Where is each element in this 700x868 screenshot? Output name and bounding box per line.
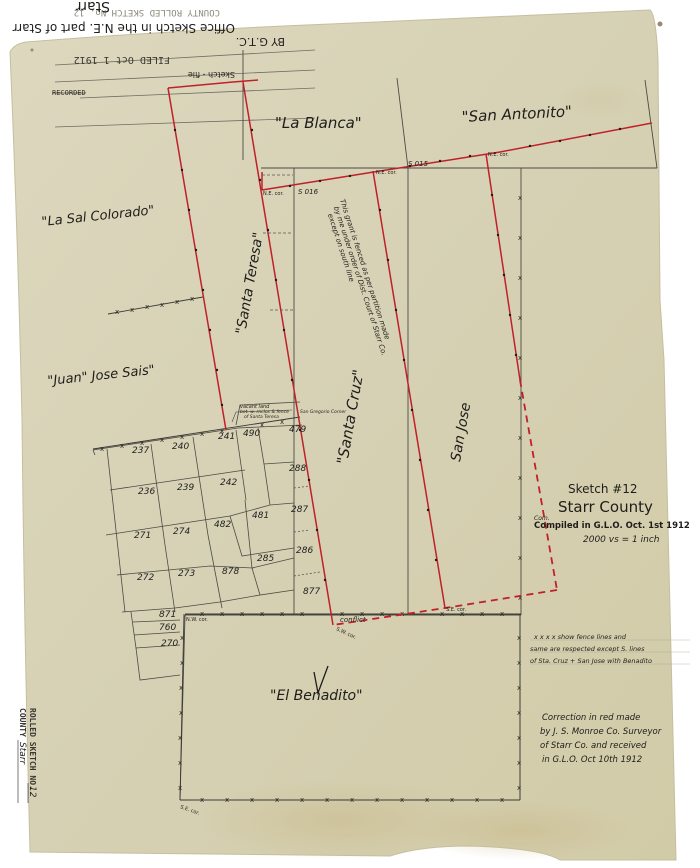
- svg-text:x: x: [400, 796, 404, 804]
- svg-text:S 016: S 016: [298, 188, 319, 196]
- svg-text:x: x: [517, 634, 521, 642]
- survey-number: 288: [289, 464, 306, 474]
- svg-text:x: x: [517, 784, 521, 792]
- survey-number: 237: [132, 446, 149, 456]
- svg-text:x: x: [518, 274, 522, 282]
- svg-text:x: x: [120, 442, 124, 450]
- svg-text:x: x: [450, 796, 454, 804]
- svg-text:in G.L.O. Oct 10th 1912: in G.L.O. Oct 10th 1912: [542, 755, 642, 765]
- survey-number: 481: [252, 511, 269, 521]
- svg-text:x: x: [518, 234, 522, 242]
- svg-text:N.E. cor.: N.E. cor.: [488, 152, 509, 158]
- svg-text:N.E. cor.: N.E. cor.: [263, 191, 284, 197]
- svg-text:of Santa Teresa: of Santa Teresa: [244, 414, 279, 420]
- survey-number: 877: [303, 587, 320, 597]
- conflict-label: conflict: [340, 616, 366, 624]
- survey-number: 241: [218, 432, 235, 442]
- survey-number: 285: [257, 554, 274, 564]
- svg-text:x: x: [440, 610, 444, 618]
- svg-text:S 015: S 015: [408, 160, 429, 168]
- svg-text:x: x: [325, 796, 329, 804]
- svg-text:x: x: [180, 433, 184, 441]
- survey-number: 871: [159, 610, 176, 620]
- mirrored-county-name: Starr: [76, 0, 110, 14]
- survey-number: 490: [243, 429, 260, 439]
- svg-text:x: x: [180, 659, 184, 667]
- svg-text:x: x: [500, 796, 504, 804]
- svg-text:x: x: [380, 610, 384, 618]
- svg-text:x: x: [240, 610, 244, 618]
- svg-text:x: x: [200, 796, 204, 804]
- survey-number: 479: [289, 425, 306, 435]
- survey-number: 239: [177, 483, 194, 493]
- svg-text:ROLLED SKETCH NO.: ROLLED SKETCH NO.: [28, 708, 37, 790]
- survey-number: 287: [291, 505, 308, 515]
- svg-text:x: x: [115, 308, 119, 316]
- svg-text:x: x: [160, 436, 164, 444]
- svg-text:x: x: [225, 796, 229, 804]
- survey-number: 273: [178, 569, 195, 579]
- svg-text:Starr: Starr: [17, 742, 27, 765]
- svg-text:x: x: [350, 796, 354, 804]
- scale-label: 2000 vs = 1 inch: [583, 535, 660, 545]
- svg-text:x: x: [517, 759, 521, 767]
- svg-text:x: x: [175, 298, 179, 306]
- rolled-sketch-label: ROLLED SKETCH NO. 12 COUNTY Starr: [17, 708, 37, 803]
- svg-text:x: x: [425, 796, 429, 804]
- svg-text:of Sta. Cruz + San Jose with B: of Sta. Cruz + San Jose with Benadito: [530, 657, 652, 665]
- grant-el-benadito: "El Benadito": [270, 688, 363, 704]
- svg-text:x: x: [178, 784, 182, 792]
- survey-number: 242: [220, 478, 237, 488]
- svg-text:x: x: [517, 684, 521, 692]
- survey-number: 286: [296, 546, 313, 556]
- svg-text:N.E. cor.: N.E. cor.: [376, 170, 397, 176]
- svg-text:x: x: [518, 514, 522, 522]
- svg-text:x: x: [180, 634, 184, 642]
- svg-text:x: x: [375, 796, 379, 804]
- county-title: Starr County: [558, 498, 653, 516]
- mirrored-filed-note: Sketch - file: [188, 70, 235, 79]
- svg-text:x: x: [190, 295, 194, 303]
- svg-text:x: x: [517, 709, 521, 717]
- svg-text:N.W. cor.: N.W. cor.: [186, 617, 208, 623]
- svg-text:x: x: [300, 610, 304, 618]
- svg-text:x: x: [100, 445, 104, 453]
- survey-number: 270: [161, 639, 178, 649]
- svg-text:x: x: [260, 610, 264, 618]
- sketch-title: Sketch #12: [568, 482, 638, 496]
- svg-text:12: 12: [27, 786, 37, 798]
- grant-la-blanca: "La Blanca": [275, 114, 362, 132]
- svg-text:x: x: [500, 610, 504, 618]
- svg-text:x: x: [280, 418, 284, 426]
- survey-number: 760: [159, 623, 176, 633]
- survey-number: 878: [222, 567, 239, 577]
- svg-text:x: x: [517, 734, 521, 742]
- mirrored-by: BY G.T.C.: [236, 35, 285, 48]
- svg-text:same are respected except S. l: same are respected except S. lines: [530, 645, 645, 653]
- svg-text:x: x: [179, 684, 183, 692]
- svg-text:of Starr Co. and received: of Starr Co. and received: [540, 741, 647, 751]
- recorded-stamp: RECORDED: [52, 89, 86, 97]
- svg-text:x: x: [220, 610, 224, 618]
- survey-number: 271: [134, 531, 151, 541]
- svg-text:x: x: [275, 796, 279, 804]
- svg-text:x: x: [145, 303, 149, 311]
- mirrored-office-title: Office Sketch in the N.E. part of Starr: [12, 21, 235, 35]
- svg-text:x: x: [130, 306, 134, 314]
- svg-text:x: x: [178, 734, 182, 742]
- svg-text:x: x: [260, 421, 264, 429]
- svg-text:Correction in red made: Correction in red made: [542, 713, 640, 723]
- svg-text:San Gregorio Corner: San Gregorio Corner: [300, 409, 347, 415]
- map-sheet: FILED Oct 1 1912 Office Sketch in the N.…: [0, 0, 700, 868]
- svg-text:x: x: [517, 659, 521, 667]
- svg-text:x: x: [179, 709, 183, 717]
- survey-number: 482: [214, 520, 231, 530]
- svg-text:x: x: [475, 796, 479, 804]
- filed-stamp: FILED Oct 1 1912: [74, 54, 170, 65]
- survey-number: 272: [137, 573, 154, 583]
- svg-text:x: x: [160, 301, 164, 309]
- svg-text:by J. S. Monroe Co. Surveyor: by J. S. Monroe Co. Surveyor: [540, 727, 662, 737]
- svg-text:x x x x show fence lines and: x x x x show fence lines and: [533, 633, 627, 641]
- svg-text:x: x: [518, 354, 522, 362]
- svg-text:x: x: [518, 394, 522, 402]
- svg-text:x: x: [250, 796, 254, 804]
- survey-number: 236: [138, 487, 155, 497]
- survey-number: 240: [172, 442, 189, 452]
- survey-number: 274: [173, 527, 190, 537]
- svg-text:x: x: [300, 796, 304, 804]
- svg-text:x: x: [480, 610, 484, 618]
- svg-text:x: x: [518, 474, 522, 482]
- compiled-date: Compiled in G.L.O. Oct. 1st 1912: [534, 521, 690, 531]
- svg-text:x: x: [518, 434, 522, 442]
- svg-text:x: x: [280, 610, 284, 618]
- svg-text:x: x: [518, 314, 522, 322]
- svg-text:S.E. cor.: S.E. cor.: [446, 607, 467, 613]
- svg-text:x: x: [518, 554, 522, 562]
- svg-text:x: x: [518, 194, 522, 202]
- svg-text:COUNTY: COUNTY: [18, 708, 27, 737]
- svg-text:x: x: [200, 430, 204, 438]
- svg-text:x: x: [178, 759, 182, 767]
